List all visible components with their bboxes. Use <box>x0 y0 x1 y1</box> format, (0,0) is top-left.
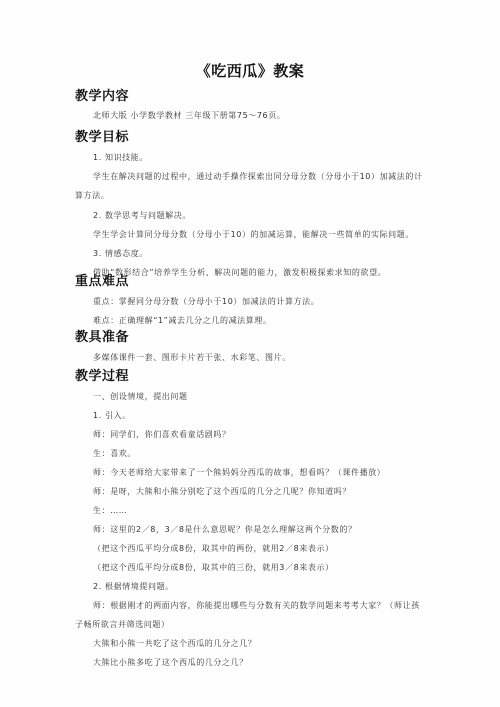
paragraph-line: 师：同学们，你们喜欢看童话剧吗？ <box>93 429 231 440</box>
section-heading-content: 教学内容 <box>75 85 129 104</box>
section-heading-materials: 教具准备 <box>75 326 129 345</box>
paragraph-line: 学生在解决问题的过程中，通过动手操作探索出同分母分数（分母小于10）加减法的计 <box>93 171 423 182</box>
document-page: 《吃西瓜》教案 教学内容 北师大版 小学数学教材 三年级下册第75～76页。 教… <box>0 0 500 707</box>
document-title: 《吃西瓜》教案 <box>0 60 500 81</box>
paragraph-line: 师：是呀，大熊和小熊分别吃了这个西瓜的几分之几呢？你知道吗？ <box>93 486 351 497</box>
paragraph-line: 1. 知识技能。 <box>93 152 148 163</box>
paragraph-line: 1. 引入。 <box>93 410 131 421</box>
paragraph-line: （把这个西瓜平均分成8份，取其中的两份，就用2／8来表示） <box>93 543 334 554</box>
paragraph-line: 大熊和小熊一共吃了这个西瓜的几分之几？ <box>93 638 256 649</box>
paragraph-line: 师：这里的2／8，3／8是什么意思呢？你是怎么理解这两个分数的？ <box>93 524 357 535</box>
paragraph-line: 学生学会计算同分母分数（分母小于10）的加减运算，能解决一些简单的实际问题。 <box>93 229 414 240</box>
paragraph-line: 生：…… <box>93 505 127 516</box>
section-heading-key-points: 重点难点 <box>75 270 129 289</box>
paragraph-line: （把这个西瓜平均分成8份，取其中的三份，就用3／8来表示） <box>93 562 334 573</box>
paragraph-line: 北师大版 小学数学教材 三年级下册第75～76页。 <box>93 110 285 121</box>
paragraph-line: 大熊比小熊多吃了这个西瓜的几分之几？ <box>93 657 248 668</box>
paragraph-line: 多媒体课件一套、图形卡片若干张、水彩笔、图片。 <box>93 352 291 363</box>
paragraph-line: 生：喜欢。 <box>93 448 136 459</box>
paragraph-line: 难点：正确理解“1”减去几分之几的减法算理。 <box>93 315 272 326</box>
paragraph-line: 借助“数形结合”培养学生分析、解决问题的能力，激发积极探索求知的欲望。 <box>93 267 386 278</box>
paragraph-line: 重点：掌握同分母分数（分母小于10）加减法的计算方法。 <box>93 296 319 307</box>
paragraph-line: 算方法。 <box>75 190 109 201</box>
paragraph-line: 3. 情感态度。 <box>93 248 148 259</box>
paragraph-line: 2. 数学思考与问题解决。 <box>93 210 191 221</box>
section-heading-objectives: 教学目标 <box>75 126 129 145</box>
paragraph-line: 2. 根据情境提问题。 <box>93 581 174 592</box>
paragraph-line: 一、创设情境，提出问题 <box>93 391 188 402</box>
paragraph-line: 子畅所欲言并筛选问题） <box>75 619 170 630</box>
section-heading-process: 教学过程 <box>75 365 129 384</box>
paragraph-line: 师：今天老师给大家带来了一个熊妈妈分西瓜的故事，想看吗？（课件播放） <box>93 467 385 478</box>
paragraph-line: 师：根据刚才的两面内容，你能提出哪些与分数有关的数学问题来考考大家？（师让孩 <box>93 600 420 611</box>
